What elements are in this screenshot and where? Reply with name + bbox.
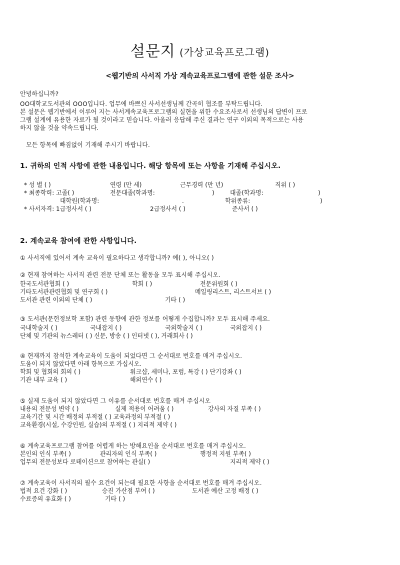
question-4: ④ 현재까지 참석한 계속교육이 도움이 되었다면 그 순서대로 번호를 매겨 … [20, 353, 242, 361]
q4-opt-conference[interactable]: 학회 및 협회의 회의 ( ) [20, 369, 81, 377]
q5-row-1: 내용의 전문성 변약 ( ) 실제 적용이 어려움 ( ) 강사의 자질 부족 … [20, 406, 390, 414]
education-college-close: ) [212, 190, 214, 198]
section1-heading: 1. 귀하의 인적 사항에 관한 내용입니다. 해당 항목에 또는 사항을 기재… [20, 162, 281, 170]
question-2: ② 현재 참여하는 사서직 관련 전문 단체 또는 활동을 모두 표시해 주십시… [20, 272, 221, 280]
q2-opt-expert-committee[interactable]: 전문위원회 ( ) [200, 281, 237, 289]
q4-opt-workshop-short-course[interactable]: 워크샵, 세미나, 포럼, 특강 ( ) 단기강좌 ( ) [130, 369, 242, 377]
title-main: 설문지 [130, 42, 175, 60]
q3-opt-domestic-journal[interactable]: 국내학술지 ( ) [20, 325, 57, 333]
q7-row-1: 법적 요건 강화 ( ) 승진 가산점 부여 ( ) 도서관 예산 고정 배정 … [20, 488, 390, 496]
intro-line-1: OO대학교도서관의 OOO입니다. 업무에 바쁘신 사서선생님께 간곡히 협조를… [20, 101, 263, 109]
q7-opt-legal-requirement[interactable]: 법적 요건 강화 ( ) [20, 488, 67, 496]
q2-opt-academic-society[interactable]: 학회 ( ) [132, 281, 152, 289]
q6-row-1: 본인의 인식 부족( ) 관리자의 인식 부족( ) 행정적 지원 부족( ) [20, 451, 390, 459]
question-1: ① 사서직에 있어서 계속 교육이 필요하다고 생각합니까? 예( ), 아니오… [20, 255, 214, 263]
greeting: 안녕하십니까? [20, 91, 59, 99]
q2-opt-korean-library-assoc[interactable]: 한국도서관협회 ( ) [20, 281, 69, 289]
q3-opt-newsletter-media-internet-vendor[interactable]: 단체 및 기관의 뉴스레터 ( ) 신문, 방송 ( ) 인터넷 ( ), 거래… [20, 333, 193, 341]
q2-opt-other[interactable]: 기타 ( ) [165, 297, 185, 305]
q5-opt-schedule-curriculum[interactable]: 교육기간 및 시간 배정의 부적절 ( ) 교육과정의 부적절 ( ) [20, 414, 170, 422]
q7-opt-certificate-validity[interactable]: 수료증의 유효화 ( ) [20, 496, 71, 504]
q5-row-2: 교육기간 및 시간 배정의 부적절 ( ) 교육과정의 부적절 ( ) [20, 414, 390, 422]
q3-opt-domestic-magazine[interactable]: 국내잡지 ( ) [90, 325, 122, 333]
personal-row-4: * 사서자격: 1급정사서 ( ) 2급정사서 ( ) 준사서 ( ) [20, 206, 390, 214]
q7-opt-promotion-points[interactable]: 승진 가산점 부여 ( ) [102, 488, 155, 496]
q4-row-1: 도움이 되지 않았다면 아래 항목으로 가십시오. [20, 361, 390, 369]
degree-type-field[interactable]: 학위종류: [225, 198, 250, 206]
intro-line-2: 본 설문은 웹기반에서 이루어 지는 사서계속교육프로그램의 실현을 위한 수요… [20, 109, 307, 117]
survey-document: 설문지(가상교육프로그램) <웹기반의 사서직 가상 계속교육프로그램에 관한 … [0, 0, 400, 565]
q2-row-2: 기타도서관관련협회 및 연구회 ( ) 메일링리스트, 리스트서브 ( ) [20, 289, 390, 297]
q2-opt-other-library-assoc[interactable]: 기타도서관관련협회 및 연구회 ( ) [20, 289, 108, 297]
q4-opt-internal-training[interactable]: 기관 내부 교육 ( ) [20, 377, 67, 385]
q7-row-2: 수료증의 유효화 ( ) 기타 ( ) [20, 496, 390, 504]
position-field[interactable]: 직위 ( ) [275, 182, 295, 190]
question-3: ③ 도서관(문헌정보학 포함) 관련 동향에 관한 정보를 어떻게 수집합니까?… [20, 316, 270, 324]
q3-opt-foreign-journal[interactable]: 국외학술지 ( ) [165, 325, 202, 333]
title-sub: (가상교육프로그램) [179, 48, 269, 59]
education-university-close: ) [318, 190, 320, 198]
q4-row-3: 기관 내부 교육 ( ) 해외연수 ( ) [20, 377, 390, 385]
q3-row-1: 국내학술지 ( ) 국내잡지 ( ) 국외학술지 ( ) 국외잡지 ( ) [20, 325, 390, 333]
q2-opt-non-library-org[interactable]: 도서관 관련 이외의 단체 ( ) [20, 297, 92, 305]
q5-opt-weak-content[interactable]: 내용의 전문성 변약 ( ) [20, 406, 79, 414]
librarian-cert-1-field[interactable]: * 사서자격: 1급정사서 ( ) [24, 206, 92, 214]
intro-line-4: 하지 않을 것을 약속드립니다. [20, 125, 99, 133]
section2-heading: 2. 계속교육 참여에 관한 사항입니다. [20, 237, 137, 245]
librarian-cert-sub-field[interactable]: 준사서 ( ) [232, 206, 258, 214]
q4-opt-overseas-training[interactable]: 해외연수 ( ) [130, 377, 162, 385]
q5-opt-environment-geography[interactable]: 교육환경(시설, 수강인원, 실습)의 부적절 ( ) 지리적 제약 ( ) [20, 422, 177, 430]
education-college-field[interactable]: 전문대졸(학과명: [110, 190, 155, 198]
q6-opt-rotation-practice[interactable]: 업무의 전문성보다 로테이션으로 참여하는 관실( ) [20, 459, 150, 467]
question-7: ⑦ 계속교육이 사서직의 필수 요건이 되는데 필요한 사항을 순서대로 번호를… [20, 480, 262, 488]
intro-line-3: 그램 설계에 유용한 자료가 될 것이라고 믿습니다. 아울러 응답해 주신 결… [20, 117, 304, 125]
q7-opt-other[interactable]: 기타 ( ) [105, 496, 125, 504]
graduate-separator: . [182, 198, 184, 206]
question-5: ⑤ 실제 도움이 되지 않았다면 그 이유를 순서대로 번호를 매겨 주십시오 [20, 398, 211, 406]
q3-row-2: 단체 및 기관의 뉴스레터 ( ) 신문, 방송 ( ) 인터넷 ( ), 거래… [20, 333, 390, 341]
q5-opt-hard-to-apply[interactable]: 실제 적용이 어려움 ( ) [115, 406, 174, 414]
q2-row-1: 한국도서관협회 ( ) 학회 ( ) 전문위원회 ( ) [20, 281, 390, 289]
q4-note: 도움이 되지 않았다면 아래 항목으로 가십시오. [20, 361, 142, 369]
document-title: 설문지(가상교육프로그램) [0, 40, 400, 61]
q2-opt-mailing-list[interactable]: 메일링리스트, 리스트서브 ( ) [195, 289, 271, 297]
graduate-major-field[interactable]: 대학원(학과명: [60, 198, 99, 206]
q3-opt-foreign-magazine[interactable]: 국외잡지 ( ) [230, 325, 262, 333]
question-6: ⑥ 계속교육프로그램 참여를 어렵게 하는 방해요인을 순서대로 번호를 매겨 … [20, 443, 246, 451]
education-highschool-field[interactable]: * 최종학력: 고졸( ) [24, 190, 74, 198]
degree-type-close: ) [320, 198, 322, 206]
q6-opt-admin-support[interactable]: 행정적 지원 부족( ) [200, 451, 251, 459]
personal-row-1: * 성 별 ( ) 연령 (만 세) 근무경력 (만 년) 직위 ( ) [20, 182, 390, 190]
personal-row-2: * 최종학력: 고졸( ) 전문대졸(학과명: ) 대졸(학과명: ) [20, 190, 390, 198]
q5-opt-instructor-quality[interactable]: 강사의 자질 부족 ( ) [208, 406, 261, 414]
q6-opt-self-awareness[interactable]: 본인의 인식 부족( ) [20, 451, 71, 459]
personal-row-3: 대학원(학과명: . 학위종류: ) [20, 198, 390, 206]
q7-opt-fixed-budget[interactable]: 도서관 예산 고정 배정 ( ) [192, 488, 258, 496]
q6-opt-manager-awareness[interactable]: 관리자의 인식 부족( ) [100, 451, 157, 459]
gender-field[interactable]: * 성 별 ( ) [24, 182, 51, 190]
q6-row-2: 업무의 전문성보다 로테이션으로 참여하는 관실( ) 지리적 제약 ( ) [20, 459, 390, 467]
q6-opt-geographic-limit[interactable]: 지리적 제약 ( ) [230, 459, 269, 467]
q5-row-3: 교육환경(시설, 수강인원, 실습)의 부적절 ( ) 지리적 제약 ( ) [20, 422, 390, 430]
librarian-cert-2-field[interactable]: 2급정사서 ( ) [150, 206, 186, 214]
age-field[interactable]: 연령 (만 세) [110, 182, 142, 190]
q4-row-2: 학회 및 협회의 회의 ( ) 워크샵, 세미나, 포럼, 특강 ( ) 단기강… [20, 369, 390, 377]
intro-request: 모든 항목에 빠짐없이 기재해 주시기 바랍니다. [26, 142, 150, 150]
education-university-field[interactable]: 대졸(학과명: [230, 190, 263, 198]
career-field[interactable]: 근무경력 (만 년) [180, 182, 223, 190]
q2-row-3: 도서관 관련 이외의 단체 ( ) 기타 ( ) [20, 297, 390, 305]
document-subtitle: <웹기반의 사서직 가상 계속교육프로그램에 관한 설문 조사> [0, 71, 400, 81]
